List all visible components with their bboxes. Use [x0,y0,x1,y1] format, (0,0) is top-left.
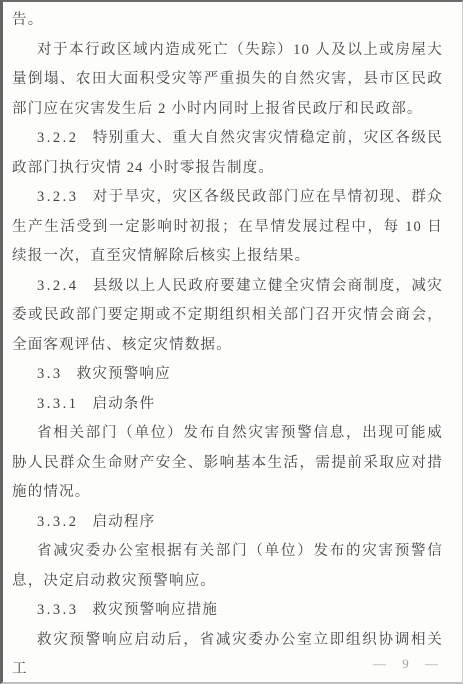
section-number: 3.3.2 [37,514,79,530]
section-heading: 3.3.3救灾预警响应措施 [12,596,443,626]
page-number: — 9 — [373,656,440,672]
page-body: 告。 对于本行政区域内造成死亡（失踪）10 人及以上或房屋大量倒塌、农田大面积受… [12,6,443,684]
paragraph: 对于本行政区域内造成死亡（失踪）10 人及以上或房屋大量倒塌、农田大面积受灾等严… [12,36,443,125]
paragraph: 3.2.2特别重大、重大自然灾害灾情稳定前，灾区各级民政部门执行灾情 24 小时… [12,124,443,183]
paragraph-text: 启动条件 [93,396,156,412]
paragraph-text: 救灾预警响应措施 [93,602,219,618]
paragraph: 省减灾委办公室根据有关部门（单位）发布的灾害预警信息，决定启动救灾预警响应。 [12,537,443,596]
section-number: 3.3 [37,366,63,382]
section-number: 3.3.3 [37,602,79,618]
paragraph-text: 救灾预警响应 [77,366,171,382]
paragraph: 3.2.3对于旱灾，灾区各级民政部门应在旱情初现、群众生产生活受到一定影响时初报… [12,183,443,272]
paragraph: 告。 [12,6,443,36]
paragraph-text: 告。 [12,12,43,28]
paragraph: 省相关部门（单位）发布自然灾害预警信息，出现可能威胁人民群众生命财产安全、影响基… [12,419,443,508]
paragraph-text: 省减灾委办公室根据有关部门（单位）发布的灾害预警信息，决定启动救灾预警响应。 [12,543,443,589]
paragraph-text: 启动程序 [93,514,156,530]
section-heading: 3.3救灾预警响应 [12,360,443,390]
section-number: 3.2.2 [37,130,79,146]
paragraph: 救灾预警响应启动后，省减灾委办公室立即组织协调相关工 [12,626,443,684]
section-number: 3.2.3 [37,189,79,205]
section-heading: 3.3.2启动程序 [12,508,443,538]
section-number: 3.2.4 [37,278,79,294]
paragraph-text: 对于本行政区域内造成死亡（失踪）10 人及以上或房屋大量倒塌、农田大面积受灾等严… [12,42,443,117]
document-page: 告。 对于本行政区域内造成死亡（失踪）10 人及以上或房屋大量倒塌、农田大面积受… [0,0,463,684]
paragraph: 3.2.4县级以上人民政府要建立健全灾情会商制度，减灾委或民政部门要定期或不定期… [12,272,443,361]
section-number: 3.3.1 [37,396,79,412]
paragraph-text: 省相关部门（单位）发布自然灾害预警信息，出现可能威胁人民群众生命财产安全、影响基… [12,425,443,500]
section-heading: 3.3.1启动条件 [12,390,443,420]
